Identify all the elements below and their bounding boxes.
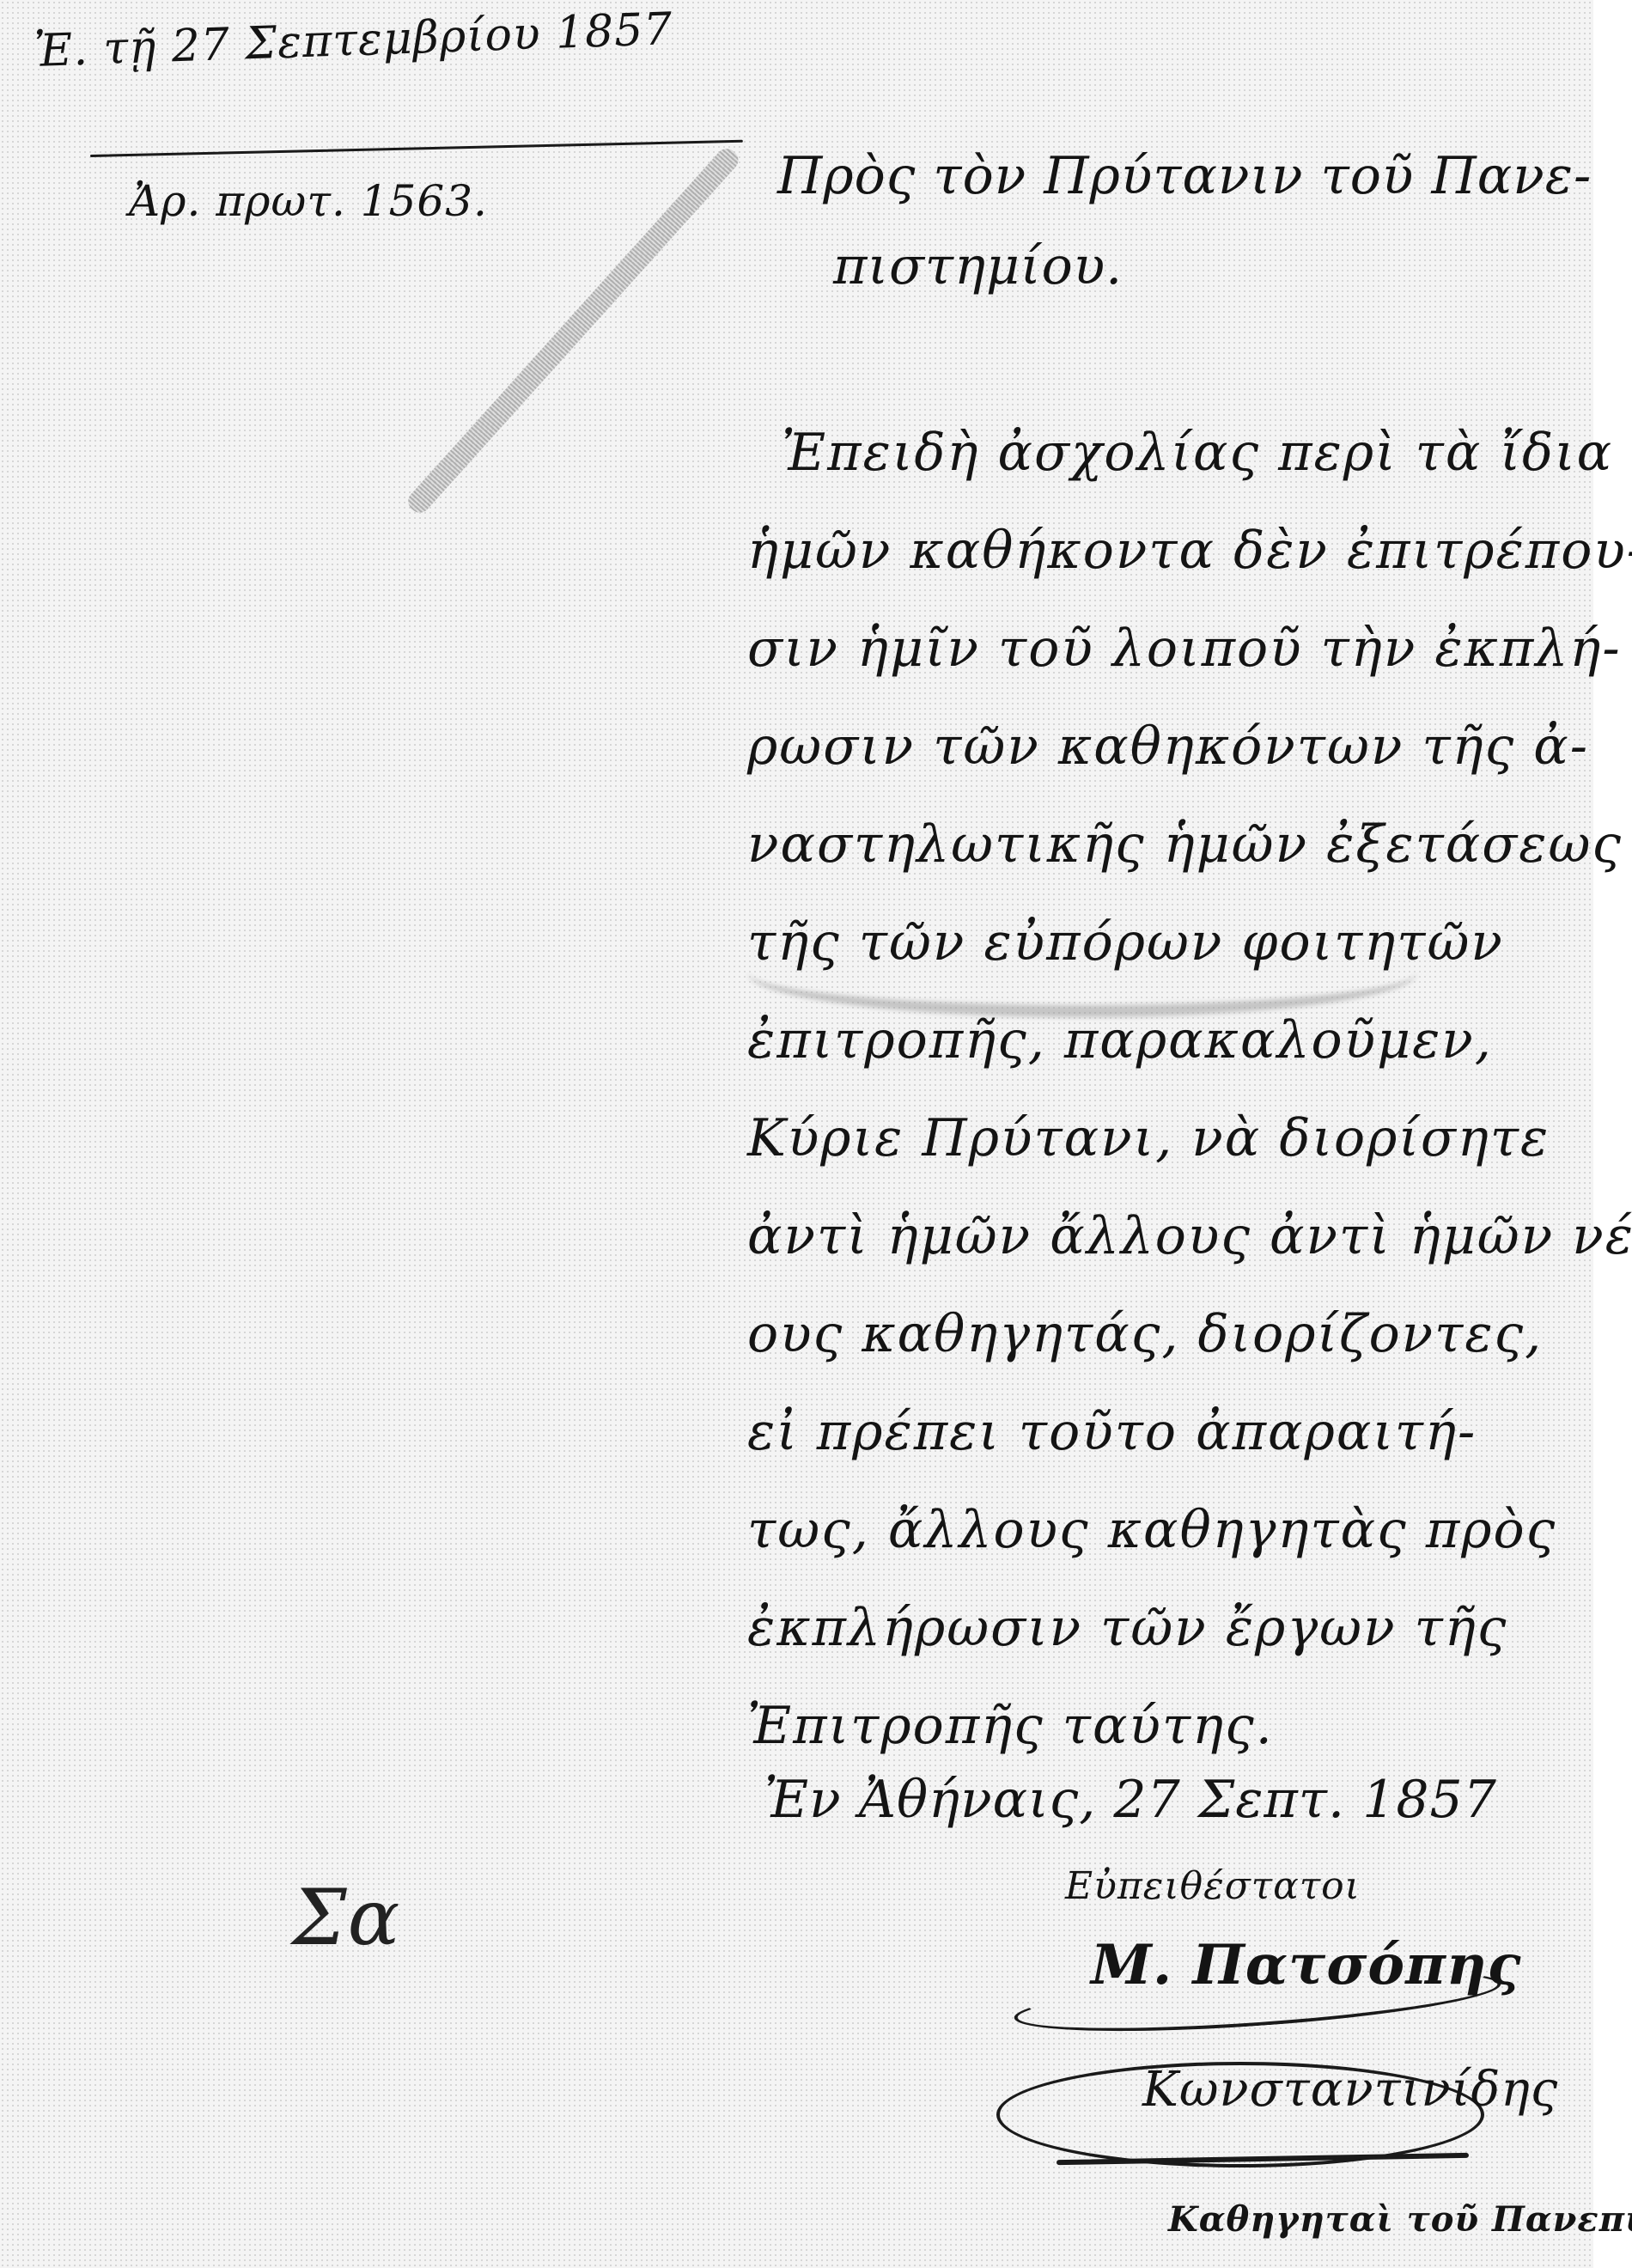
body-line: ρωσιν τῶν καθηκόντων τῆς ἀ-	[747, 698, 1572, 796]
body-line: ἡμῶν καθήκοντα δὲν ἐπιτρέπου-	[747, 502, 1572, 600]
body-line: τῆς τῶν εὐπόρων φοιτητῶν	[747, 893, 1572, 991]
body-line: ους καθηγητάς, διορίζοντες,	[747, 1285, 1572, 1383]
body-line: τως, ἄλλους καθηγητὰς πρὸς	[747, 1481, 1572, 1579]
body-line: Ἐπειδὴ ἀσχολίας περὶ τὰ ἴδια	[747, 404, 1572, 502]
body-line: Κύριε Πρύτανι, νὰ διορίσητε	[747, 1089, 1572, 1187]
signature-2: Κωνσταντινίδης	[1142, 2062, 1558, 2118]
body-line: εἰ πρέπει τοῦτο ἀπαραιτή-	[747, 1383, 1572, 1481]
body-line: ἐπιτροπῆς, παρακαλοῦμεν,	[747, 991, 1572, 1089]
closing-formula: Εὐπειθέστατοι	[1065, 1864, 1361, 1908]
closing-place-date: Ἐν Ἀθήναις, 27 Σεπτ. 1857	[764, 1770, 1497, 1830]
signature-1: Μ. Πατσόπης	[1091, 1933, 1521, 1997]
body-line: σιν ἡμῖν τοῦ λοιποῦ τὴν ἐκπλή-	[747, 600, 1572, 698]
protocol-number: Ἀρ. πρωτ. 1563.	[129, 176, 488, 226]
body-line: ναστηλωτικῆς ἡμῶν ἐξετάσεως	[747, 796, 1572, 893]
addressee-line-1: Πρὸς τὸν Πρύτανιν τοῦ Πανε-	[777, 146, 1592, 206]
letter-body: Ἐπειδὴ ἀσχολίας περὶ τὰ ἴδια ἡμῶν καθήκο…	[747, 404, 1572, 1775]
body-line: Ἐπιτροπῆς ταύτης.	[747, 1677, 1572, 1775]
addressee-line-2: πιστημίου.	[833, 236, 1123, 296]
margin-initials: Σα	[292, 1873, 400, 1963]
body-line: ἐκπλήρωσιν τῶν ἔργων τῆς	[747, 1579, 1572, 1677]
signature-title: Καθηγηταὶ τοῦ Πανεπιστ.	[1168, 2199, 1632, 2240]
body-line: ἀντὶ ἡμῶν ἄλλους ἀντὶ ἡμῶν νέ-	[747, 1187, 1572, 1285]
